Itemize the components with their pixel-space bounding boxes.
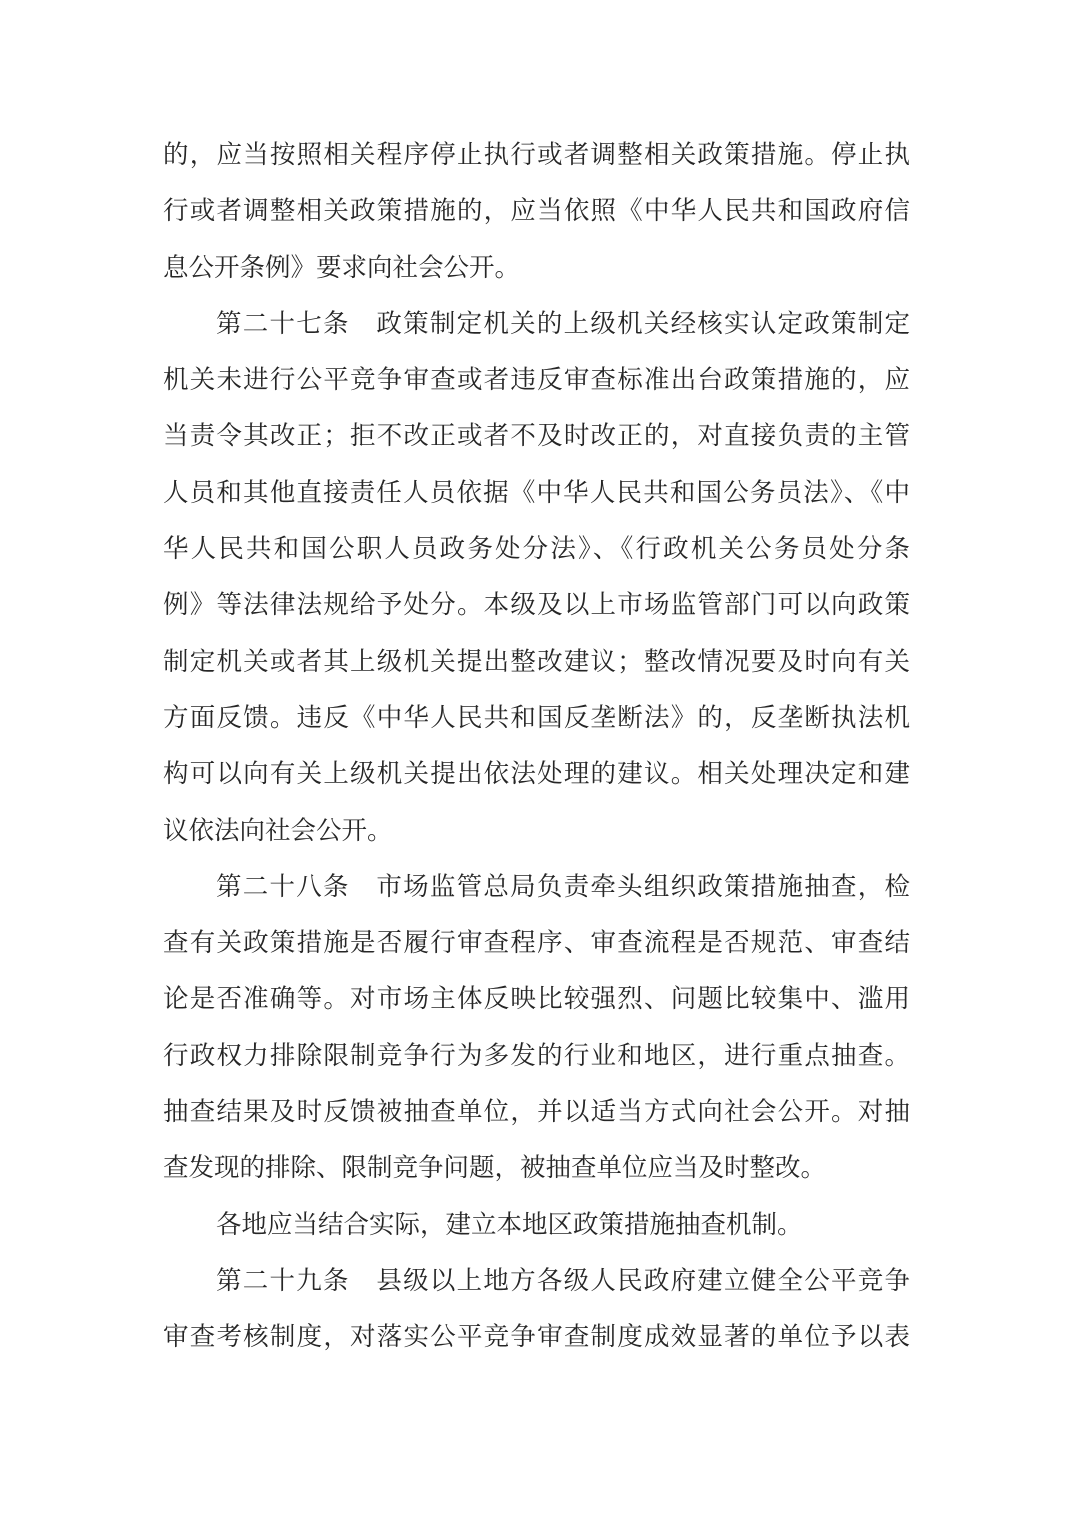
- text-line: 行或者调整相关政策措施的，应当依照《中华人民共和国政府信: [163, 183, 910, 239]
- text-line: 当责令其改正；拒不改正或者不及时改正的，对直接负责的主管: [163, 408, 910, 464]
- text-line: 查发现的排除、限制竞争问题，被抽查单位应当及时整改。: [163, 1140, 910, 1196]
- paragraph: 的，应当按照相关程序停止执行或者调整相关政策措施。停止执 行或者调整相关政策措施…: [163, 127, 910, 296]
- text-line: 各地应当结合实际，建立本地区政策措施抽查机制。: [163, 1197, 910, 1253]
- text-line: 第二十七条 政策制定机关的上级机关经核实认定政策制定: [163, 296, 910, 352]
- paragraph: 第二十七条 政策制定机关的上级机关经核实认定政策制定 机关未进行公平竞争审查或者…: [163, 296, 910, 859]
- text-line: 查有关政策措施是否履行审查程序、审查流程是否规范、审查结: [163, 915, 910, 971]
- paragraph: 各地应当结合实际，建立本地区政策措施抽查机制。: [163, 1197, 910, 1253]
- text-line: 例》等法律法规给予处分。本级及以上市场监管部门可以向政策: [163, 577, 910, 633]
- text-line: 第二十九条 县级以上地方各级人民政府建立健全公平竞争: [163, 1253, 910, 1309]
- text-line: 行政权力排除限制竞争行为多发的行业和地区，进行重点抽查。: [163, 1028, 910, 1084]
- text-line: 第二十八条 市场监管总局负责牵头组织政策措施抽查，检: [163, 859, 910, 915]
- text-line: 制定机关或者其上级机关提出整改建议；整改情况要及时向有关: [163, 634, 910, 690]
- paragraph: 第二十八条 市场监管总局负责牵头组织政策措施抽查，检 查有关政策措施是否履行审查…: [163, 859, 910, 1197]
- text-line: 的，应当按照相关程序停止执行或者调整相关政策措施。停止执: [163, 127, 910, 183]
- text-line: 议依法向社会公开。: [163, 803, 910, 859]
- text-line: 审查考核制度，对落实公平竞争审查制度成效显著的单位予以表: [163, 1309, 910, 1365]
- text-line: 方面反馈。违反《中华人民共和国反垄断法》的，反垄断执法机: [163, 690, 910, 746]
- text-line: 机关未进行公平竞争审查或者违反审查标准出台政策措施的，应: [163, 352, 910, 408]
- paragraph: 第二十九条 县级以上地方各级人民政府建立健全公平竞争 审查考核制度，对落实公平竞…: [163, 1253, 910, 1366]
- text-block: 的，应当按照相关程序停止执行或者调整相关政策措施。停止执 行或者调整相关政策措施…: [163, 127, 910, 1366]
- document-page: 的，应当按照相关程序停止执行或者调整相关政策措施。停止执 行或者调整相关政策措施…: [0, 0, 1074, 1520]
- text-line: 华人民共和国公职人员政务处分法》、《行政机关公务员处分条: [163, 521, 910, 577]
- text-line: 构可以向有关上级机关提出依法处理的建议。相关处理决定和建: [163, 746, 910, 802]
- text-line: 息公开条例》要求向社会公开。: [163, 240, 910, 296]
- text-line: 抽查结果及时反馈被抽查单位，并以适当方式向社会公开。对抽: [163, 1084, 910, 1140]
- text-line: 论是否准确等。对市场主体反映比较强烈、问题比较集中、滥用: [163, 971, 910, 1027]
- text-line: 人员和其他直接责任人员依据《中华人民共和国公务员法》、《中: [163, 465, 910, 521]
